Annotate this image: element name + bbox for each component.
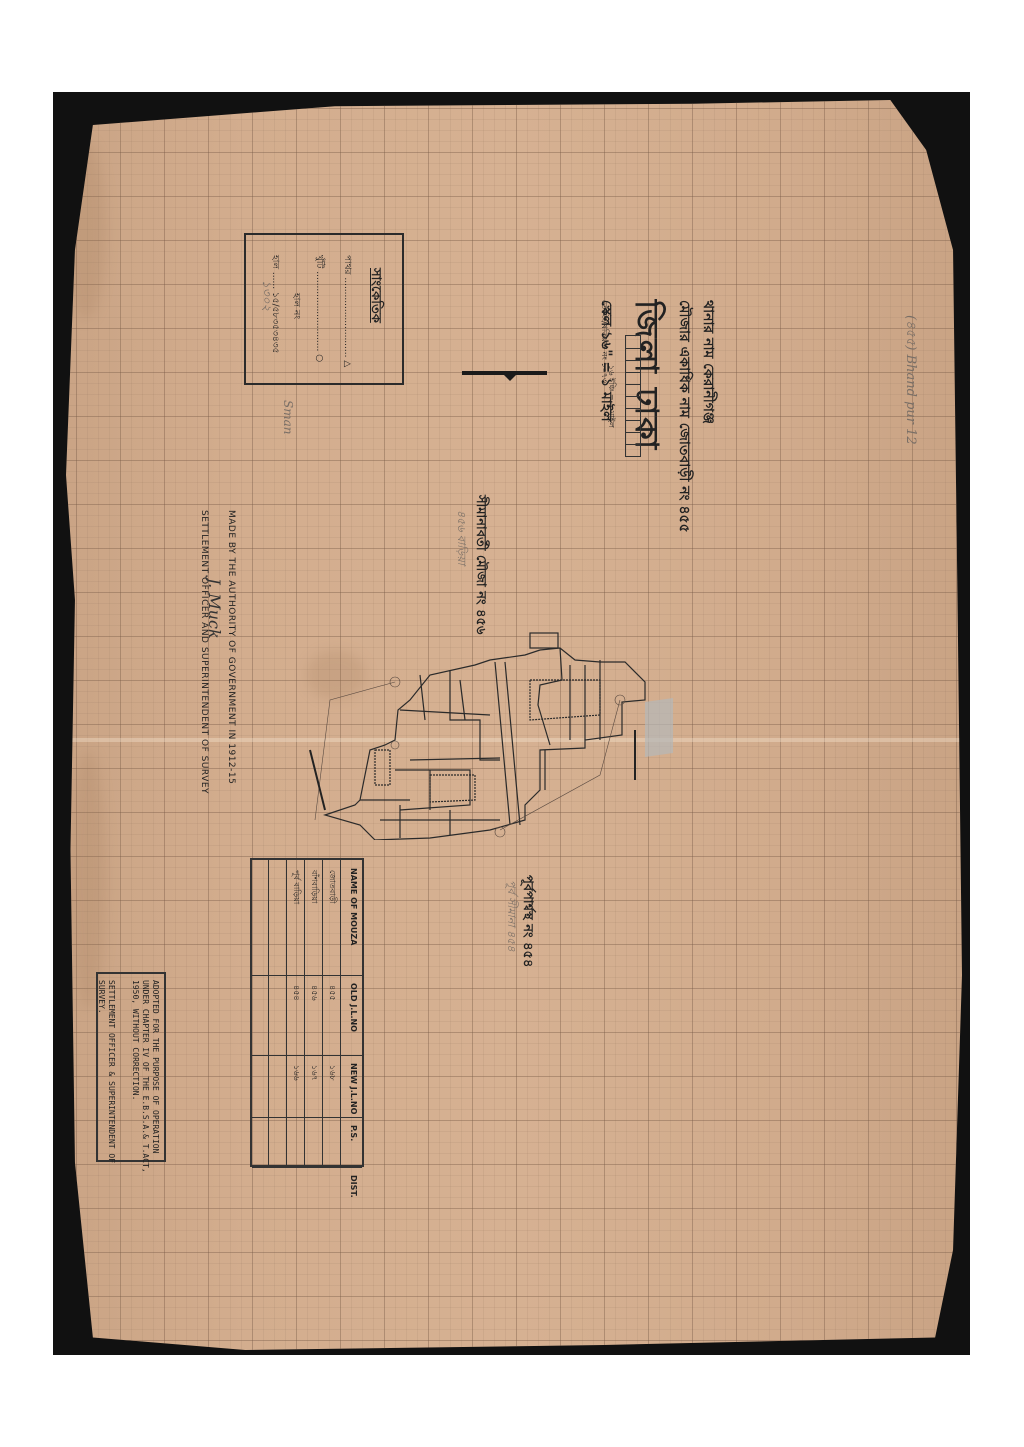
scale-tick — [626, 372, 640, 373]
signature: J. Muck — [205, 578, 224, 639]
scale-tick — [626, 360, 640, 361]
mouza-name-line: মৌজার একাধিক নাম জোতবাড়ী নং ৪৫৫ — [672, 300, 696, 533]
table-cell: জোতবাড়ী — [325, 870, 338, 904]
circle-icon: ○ — [314, 354, 324, 362]
table-divider — [340, 860, 341, 1165]
table-cell: বাঁশবাড়িয়া — [307, 870, 320, 903]
pencil-note: Sman — [281, 400, 295, 434]
village-plot-map — [300, 620, 680, 840]
scale-tick — [626, 432, 640, 433]
legend-item-hal-no: হাল নং — [289, 293, 304, 319]
table-cell: ৪৫৬ — [307, 985, 320, 1001]
table-header: P.S. — [349, 1125, 358, 1141]
authority-text: MADE BY THE AUTHORITY OF GOVERNMENT IN 1… — [226, 510, 236, 784]
adoption-stamp-text: ADOPTED FOR THE PURPOSE OF OPERATION UND… — [96, 980, 160, 1173]
settlement-text: SETTLEMENT OFFICER AND SUPERINTENDENT OF… — [199, 510, 209, 794]
table-cell: ১৬৮ — [325, 1065, 338, 1081]
scale-tick — [626, 384, 640, 385]
table-header: NEW J.L.NO — [349, 1063, 358, 1114]
sheet-note: তৌজি/খতিয়ান নং ১০৭৩ — [597, 300, 610, 383]
west-boundary-label: সীমানাবর্তী মৌজা নং ৪৫৬ — [469, 495, 490, 634]
tape-patch — [645, 698, 673, 757]
legend-item-post: খুঁটি ............................ ○ — [312, 255, 327, 362]
table-header: OLD J.L.NO — [349, 983, 358, 1032]
stain — [71, 750, 106, 1010]
scale-bar — [625, 335, 641, 457]
north-arrow-icon — [462, 371, 547, 375]
table-divider — [304, 860, 305, 1165]
pencil-note: ৪৫৬ বাড়িয়া — [451, 510, 470, 565]
scale-tick — [626, 408, 640, 409]
legend-title: সাংকেতিক — [364, 268, 385, 323]
pencil-note: পূর্ব সীমানা ৪৫৪ — [501, 880, 520, 951]
table-cell: ৪৫৫ — [325, 985, 338, 1001]
triangle-icon: △ — [342, 360, 352, 367]
table-divider — [322, 860, 323, 1165]
police-station-line: থানার নাম কেরানীগঞ্জ — [696, 300, 720, 533]
pencil-note: (৪৫৫) Bhand pur 12 — [899, 315, 920, 445]
mouza-table: NAME OF MOUZAOLD J.L.NONEW J.L.NOP.S.DIS… — [250, 858, 364, 1167]
table-divider — [268, 860, 269, 1165]
table-cell: পূর্ব বাড়িয়া — [289, 870, 302, 904]
scale-tick — [626, 444, 640, 445]
scale-tick — [626, 420, 640, 421]
table-divider — [286, 860, 287, 1165]
table-header: DIST. — [349, 1175, 358, 1198]
table-divider — [252, 1167, 362, 1168]
scale-tick — [626, 348, 640, 349]
table-header: NAME OF MOUZA — [349, 868, 358, 945]
table-cell: ৪৫৪ — [289, 985, 302, 1001]
legend-item-stone: পাথর ............................ △ — [340, 255, 355, 367]
scale-tick — [626, 396, 640, 397]
table-cell: ১৬৬ — [289, 1065, 302, 1081]
pencil-note: ১৩০২ — [255, 280, 275, 311]
table-cell: ১৬৭ — [307, 1065, 320, 1081]
